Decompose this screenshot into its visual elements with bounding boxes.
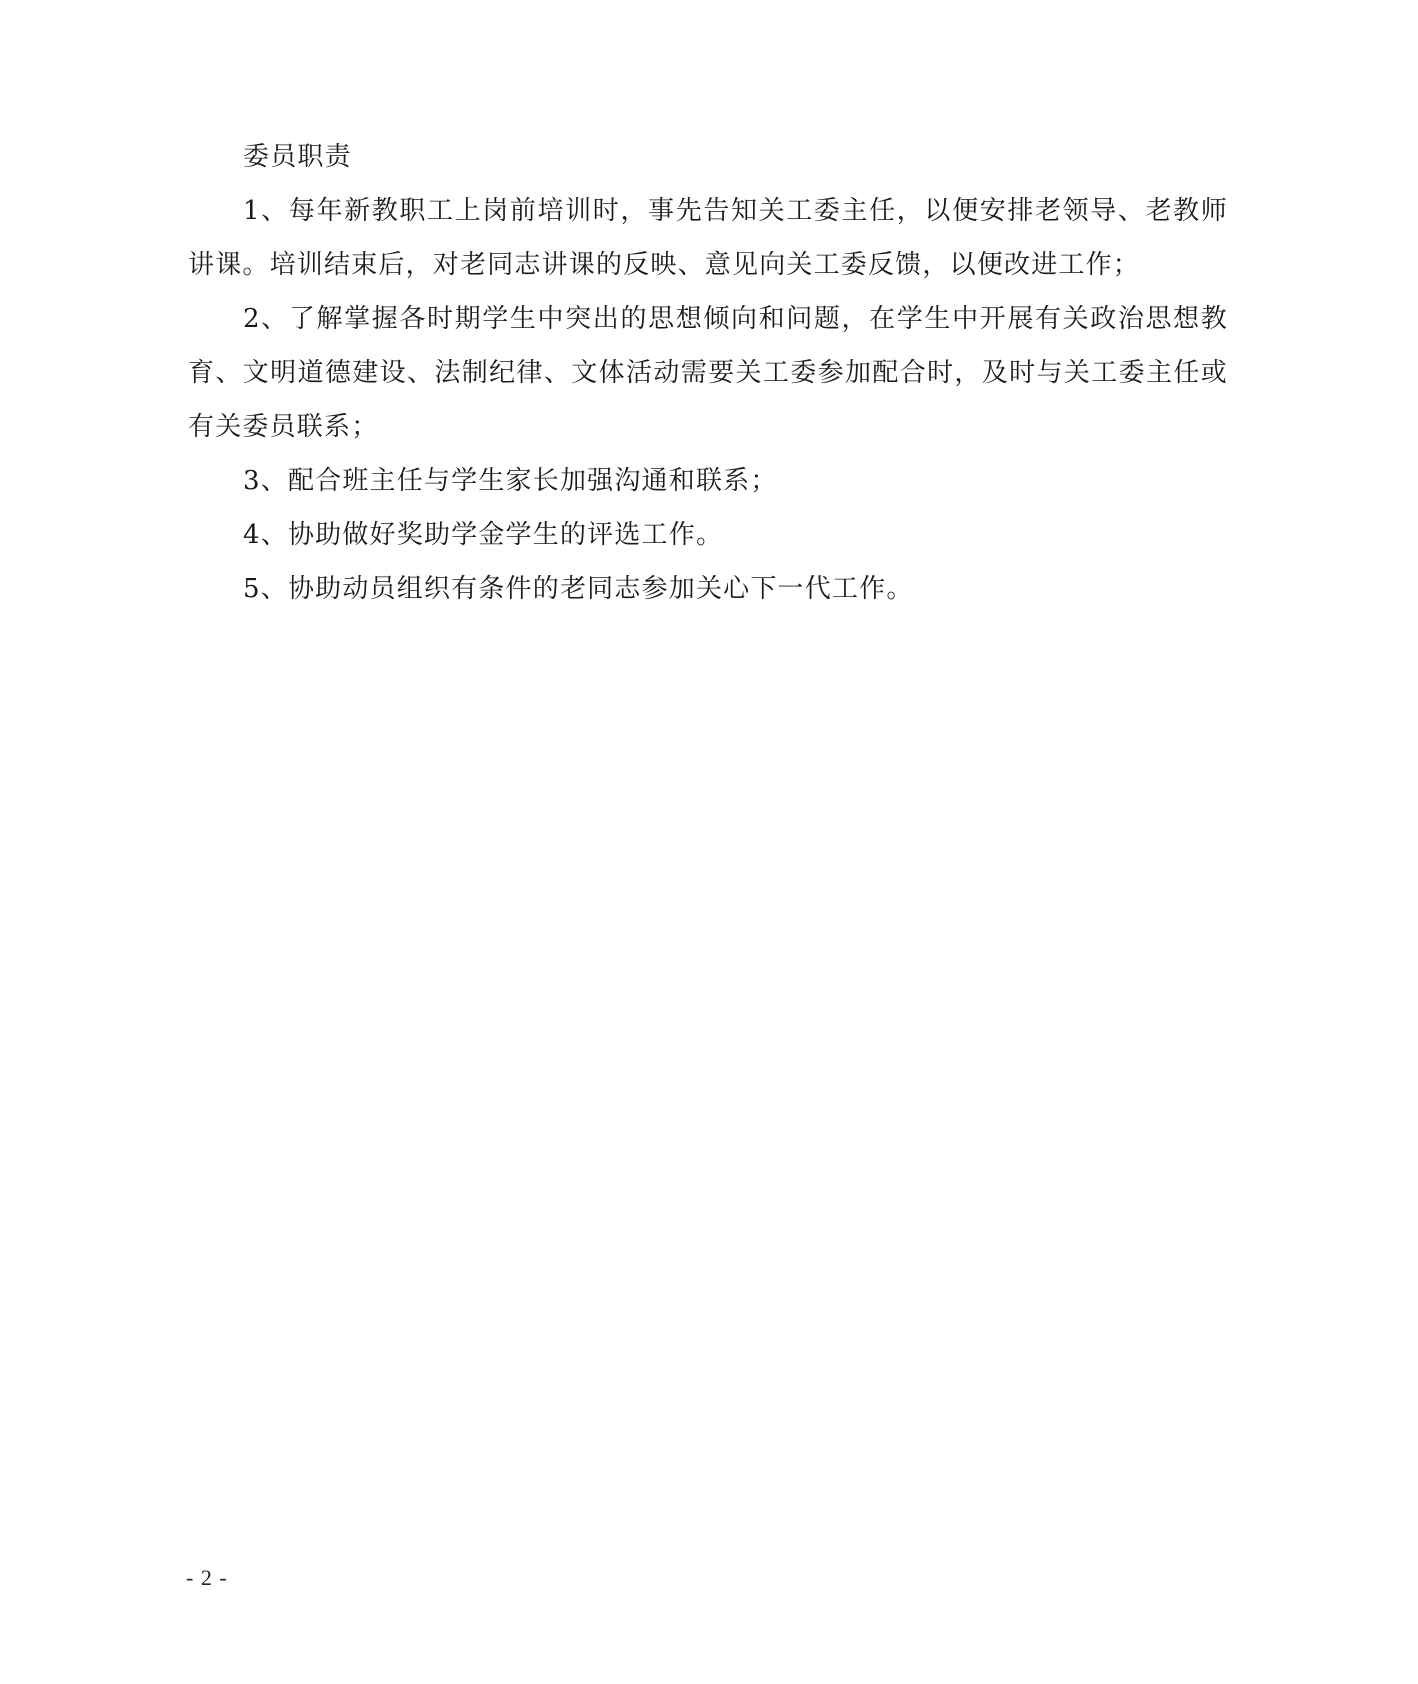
duty-item-4: 4、协助做好奖助学金学生的评选工作。 [188,508,1228,562]
document-page: 委员职责 1、每年新教职工上岗前培训时，事先告知关工委主任，以便安排老领导、老教… [0,0,1418,1684]
duty-item-5: 5、协助动员组织有条件的老同志参加关心下一代工作。 [188,562,1228,616]
page-number: - 2 - [186,1565,228,1591]
duty-item-2: 2、了解掌握各时期学生中突出的思想倾向和问题，在学生中开展有关政治思想教育、文明… [188,292,1228,454]
section-heading: 委员职责 [188,130,1228,184]
document-body: 委员职责 1、每年新教职工上岗前培训时，事先告知关工委主任，以便安排老领导、老教… [188,130,1228,616]
duty-item-3: 3、配合班主任与学生家长加强沟通和联系； [188,454,1228,508]
duty-item-1: 1、每年新教职工上岗前培训时，事先告知关工委主任，以便安排老领导、老教师讲课。培… [188,184,1228,292]
